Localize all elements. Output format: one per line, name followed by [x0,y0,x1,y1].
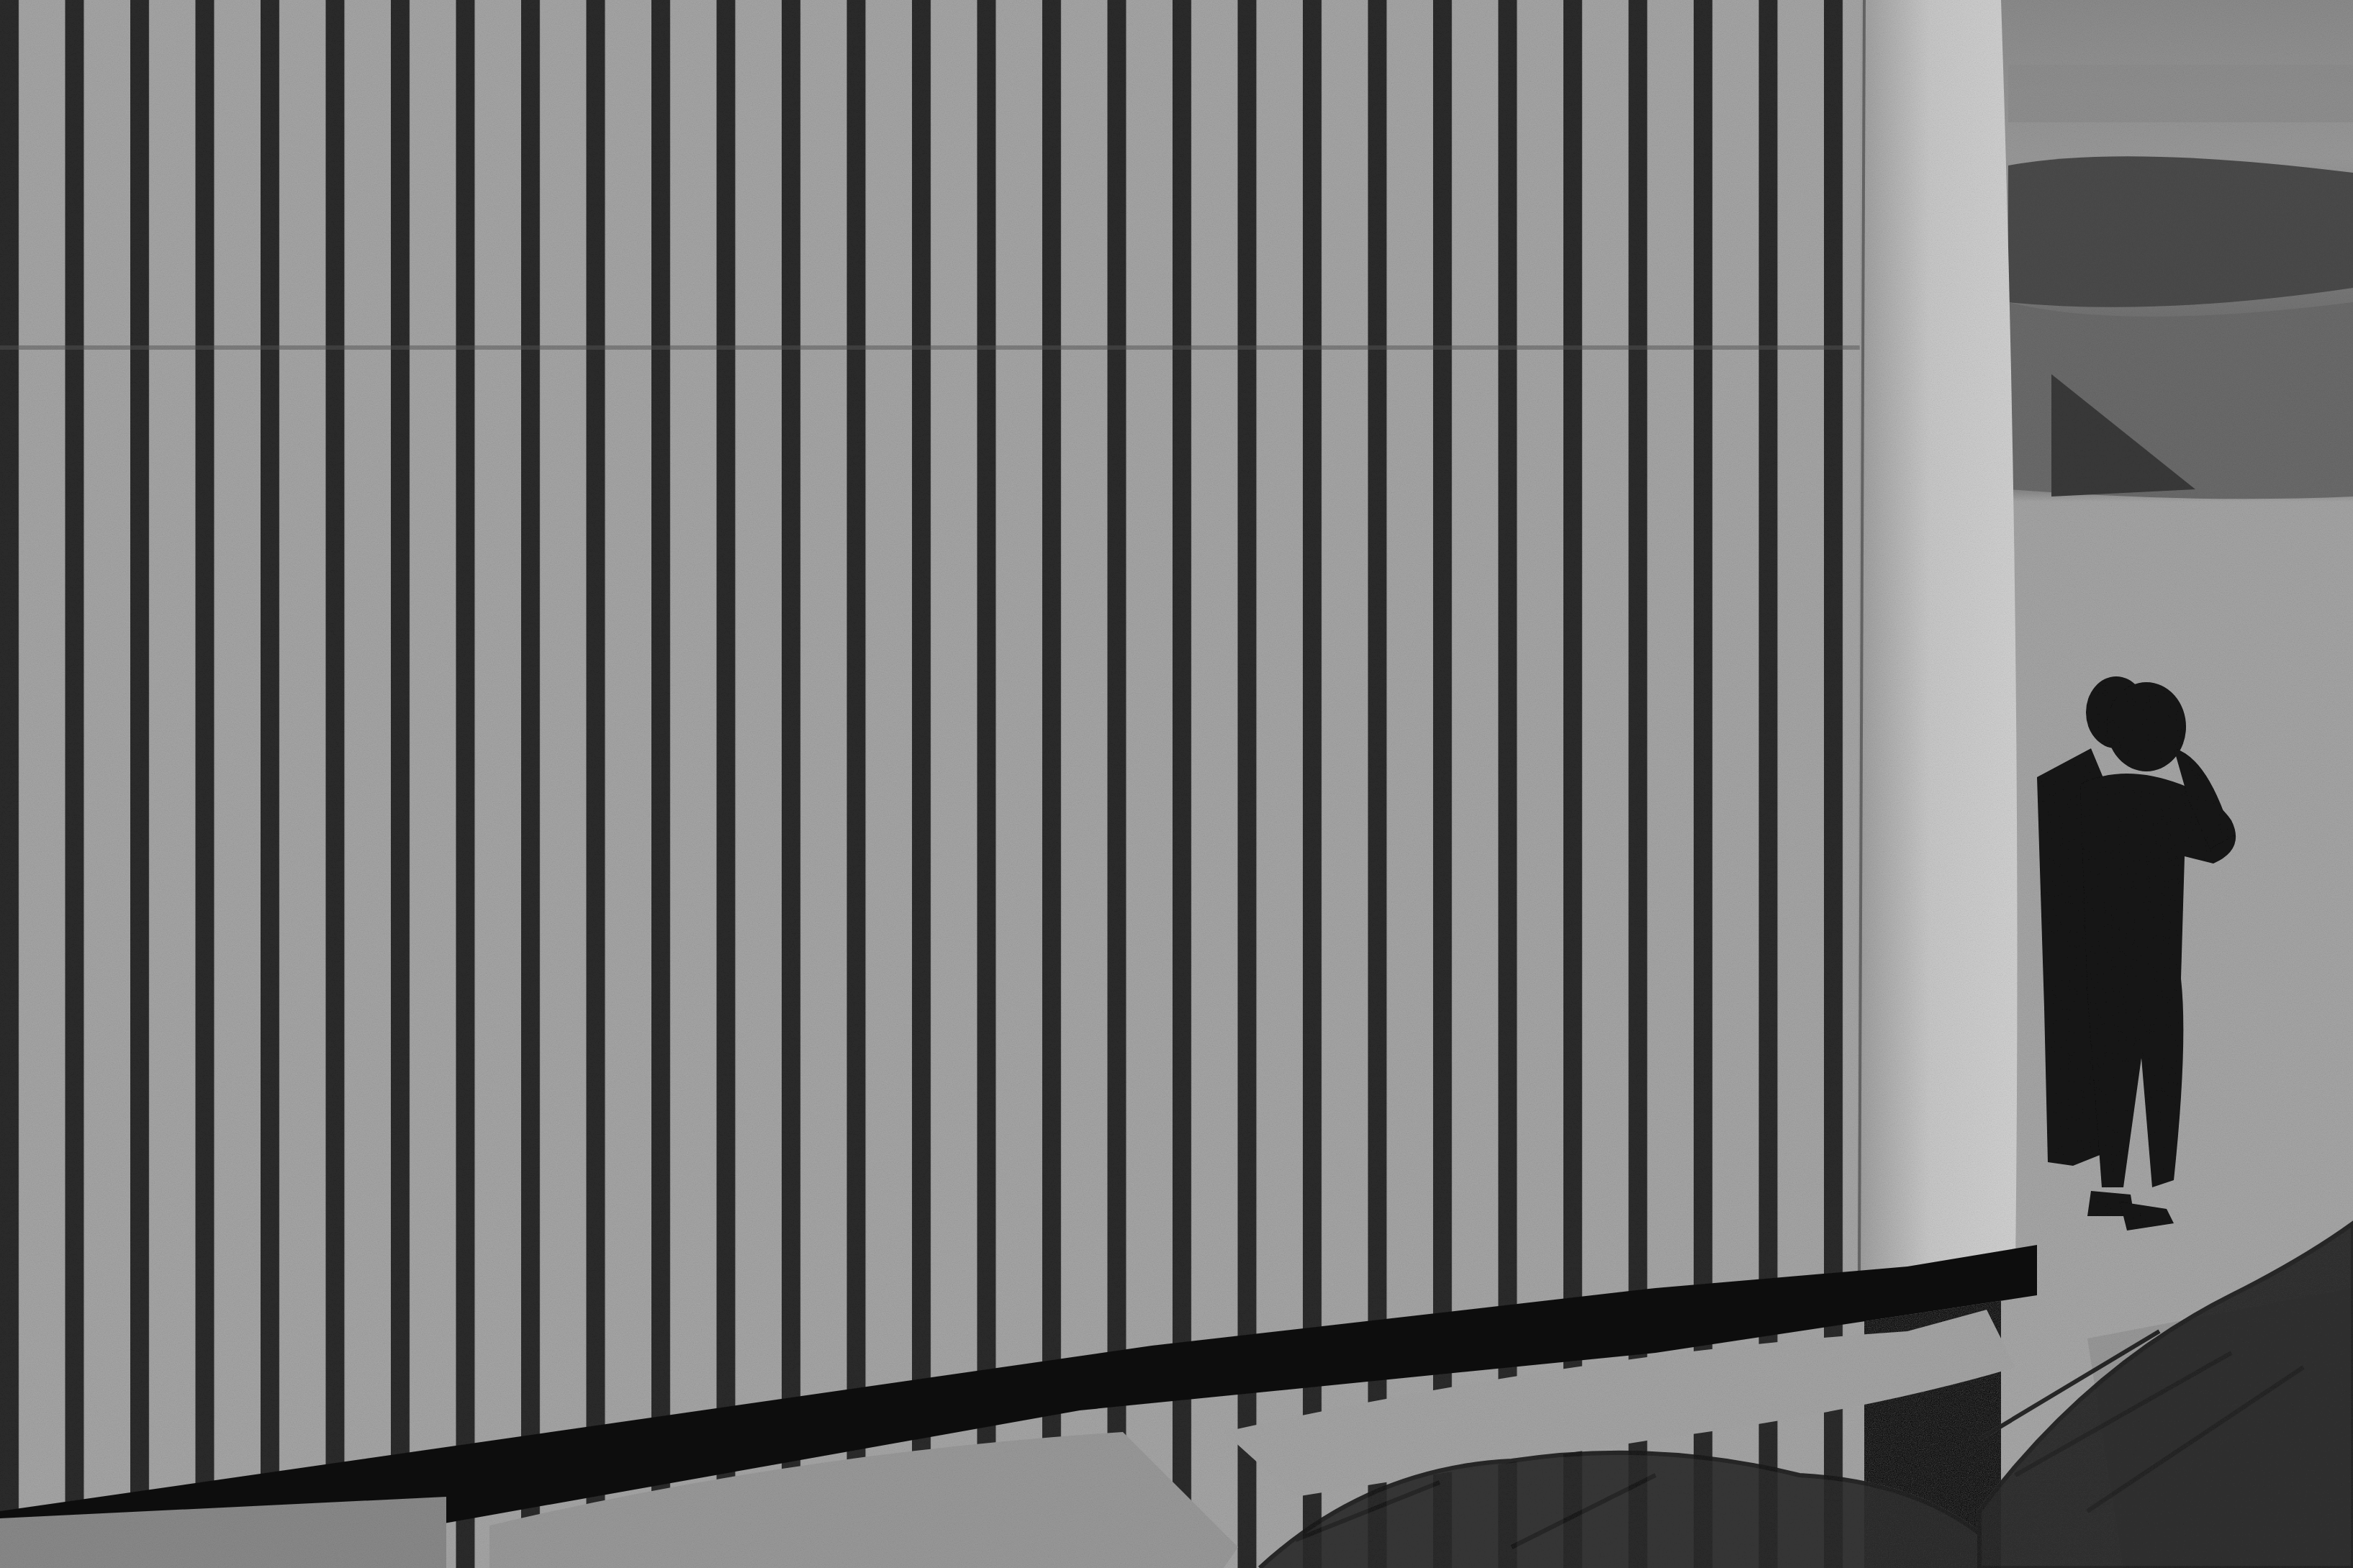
pier-cylinder-edge [1857,0,2018,1281]
photograph [0,0,2353,1568]
photo-scene [0,0,2353,1568]
